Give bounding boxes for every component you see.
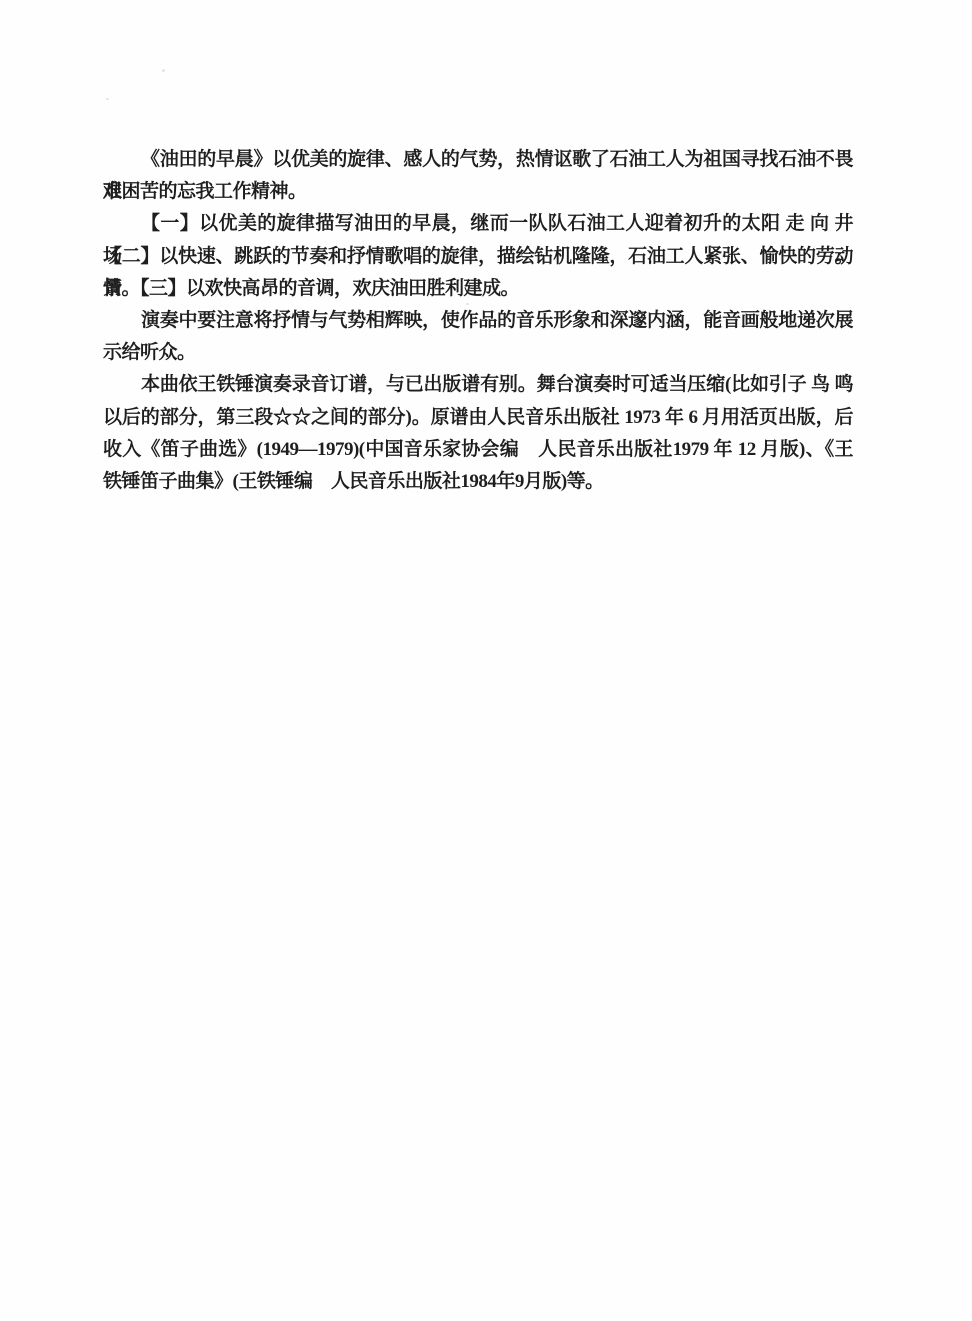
text-line: 铁锤笛子曲集》(王铁锤编 人民音乐出版社1984年9月版)等。 — [103, 466, 853, 498]
text-line: 本曲依王铁锤演奏录音订谱，与已出版谱有别。舞台演奏时可适当压缩(比如引子 鸟 鸣 — [103, 369, 853, 401]
text-line: 【一】以优美的旋律描写油田的早晨，继而一队队石油工人迎着初升的太阳 走 向 井 … — [103, 208, 853, 240]
text-line: 以后的部分，第三段☆☆之间的部分)。原谱由人民音乐出版社 1973 年 6 月用… — [103, 402, 853, 434]
text-line: 《油田的早晨》以优美的旋律、感人的气势，热情讴歌了石油工人为祖国寻找石油不畏艰 — [103, 144, 853, 176]
text-line: 景。【三】以欢快高昂的音调，欢庆油田胜利建成。 — [103, 273, 853, 305]
text-line: 收入《笛子曲选》(1949—1979)(中国音乐家协会编 人民音乐出版社1979… — [103, 434, 853, 466]
text-line: 【二】以快速、跳跃的节奏和抒情歌唱的旋律，描绘钻机隆隆，石油工人紧张、愉快的劳动… — [103, 241, 853, 273]
scan-speck — [162, 69, 165, 72]
text-line: 示给听众。 — [103, 337, 853, 369]
text-line: 演奏中要注意将抒情与气势相辉映，使作品的音乐形象和深邃内涵，能音画般地递次展 — [103, 305, 853, 337]
text-line: 难困苦的忘我工作精神。 — [103, 176, 853, 208]
text-block: 《油田的早晨》以优美的旋律、感人的气势，热情讴歌了石油工人为祖国寻找石油不畏艰难… — [103, 144, 853, 498]
document-page: 《油田的早晨》以优美的旋律、感人的气势，热情讴歌了石油工人为祖国寻找石油不畏艰难… — [0, 0, 972, 1321]
scan-speck — [106, 98, 109, 100]
